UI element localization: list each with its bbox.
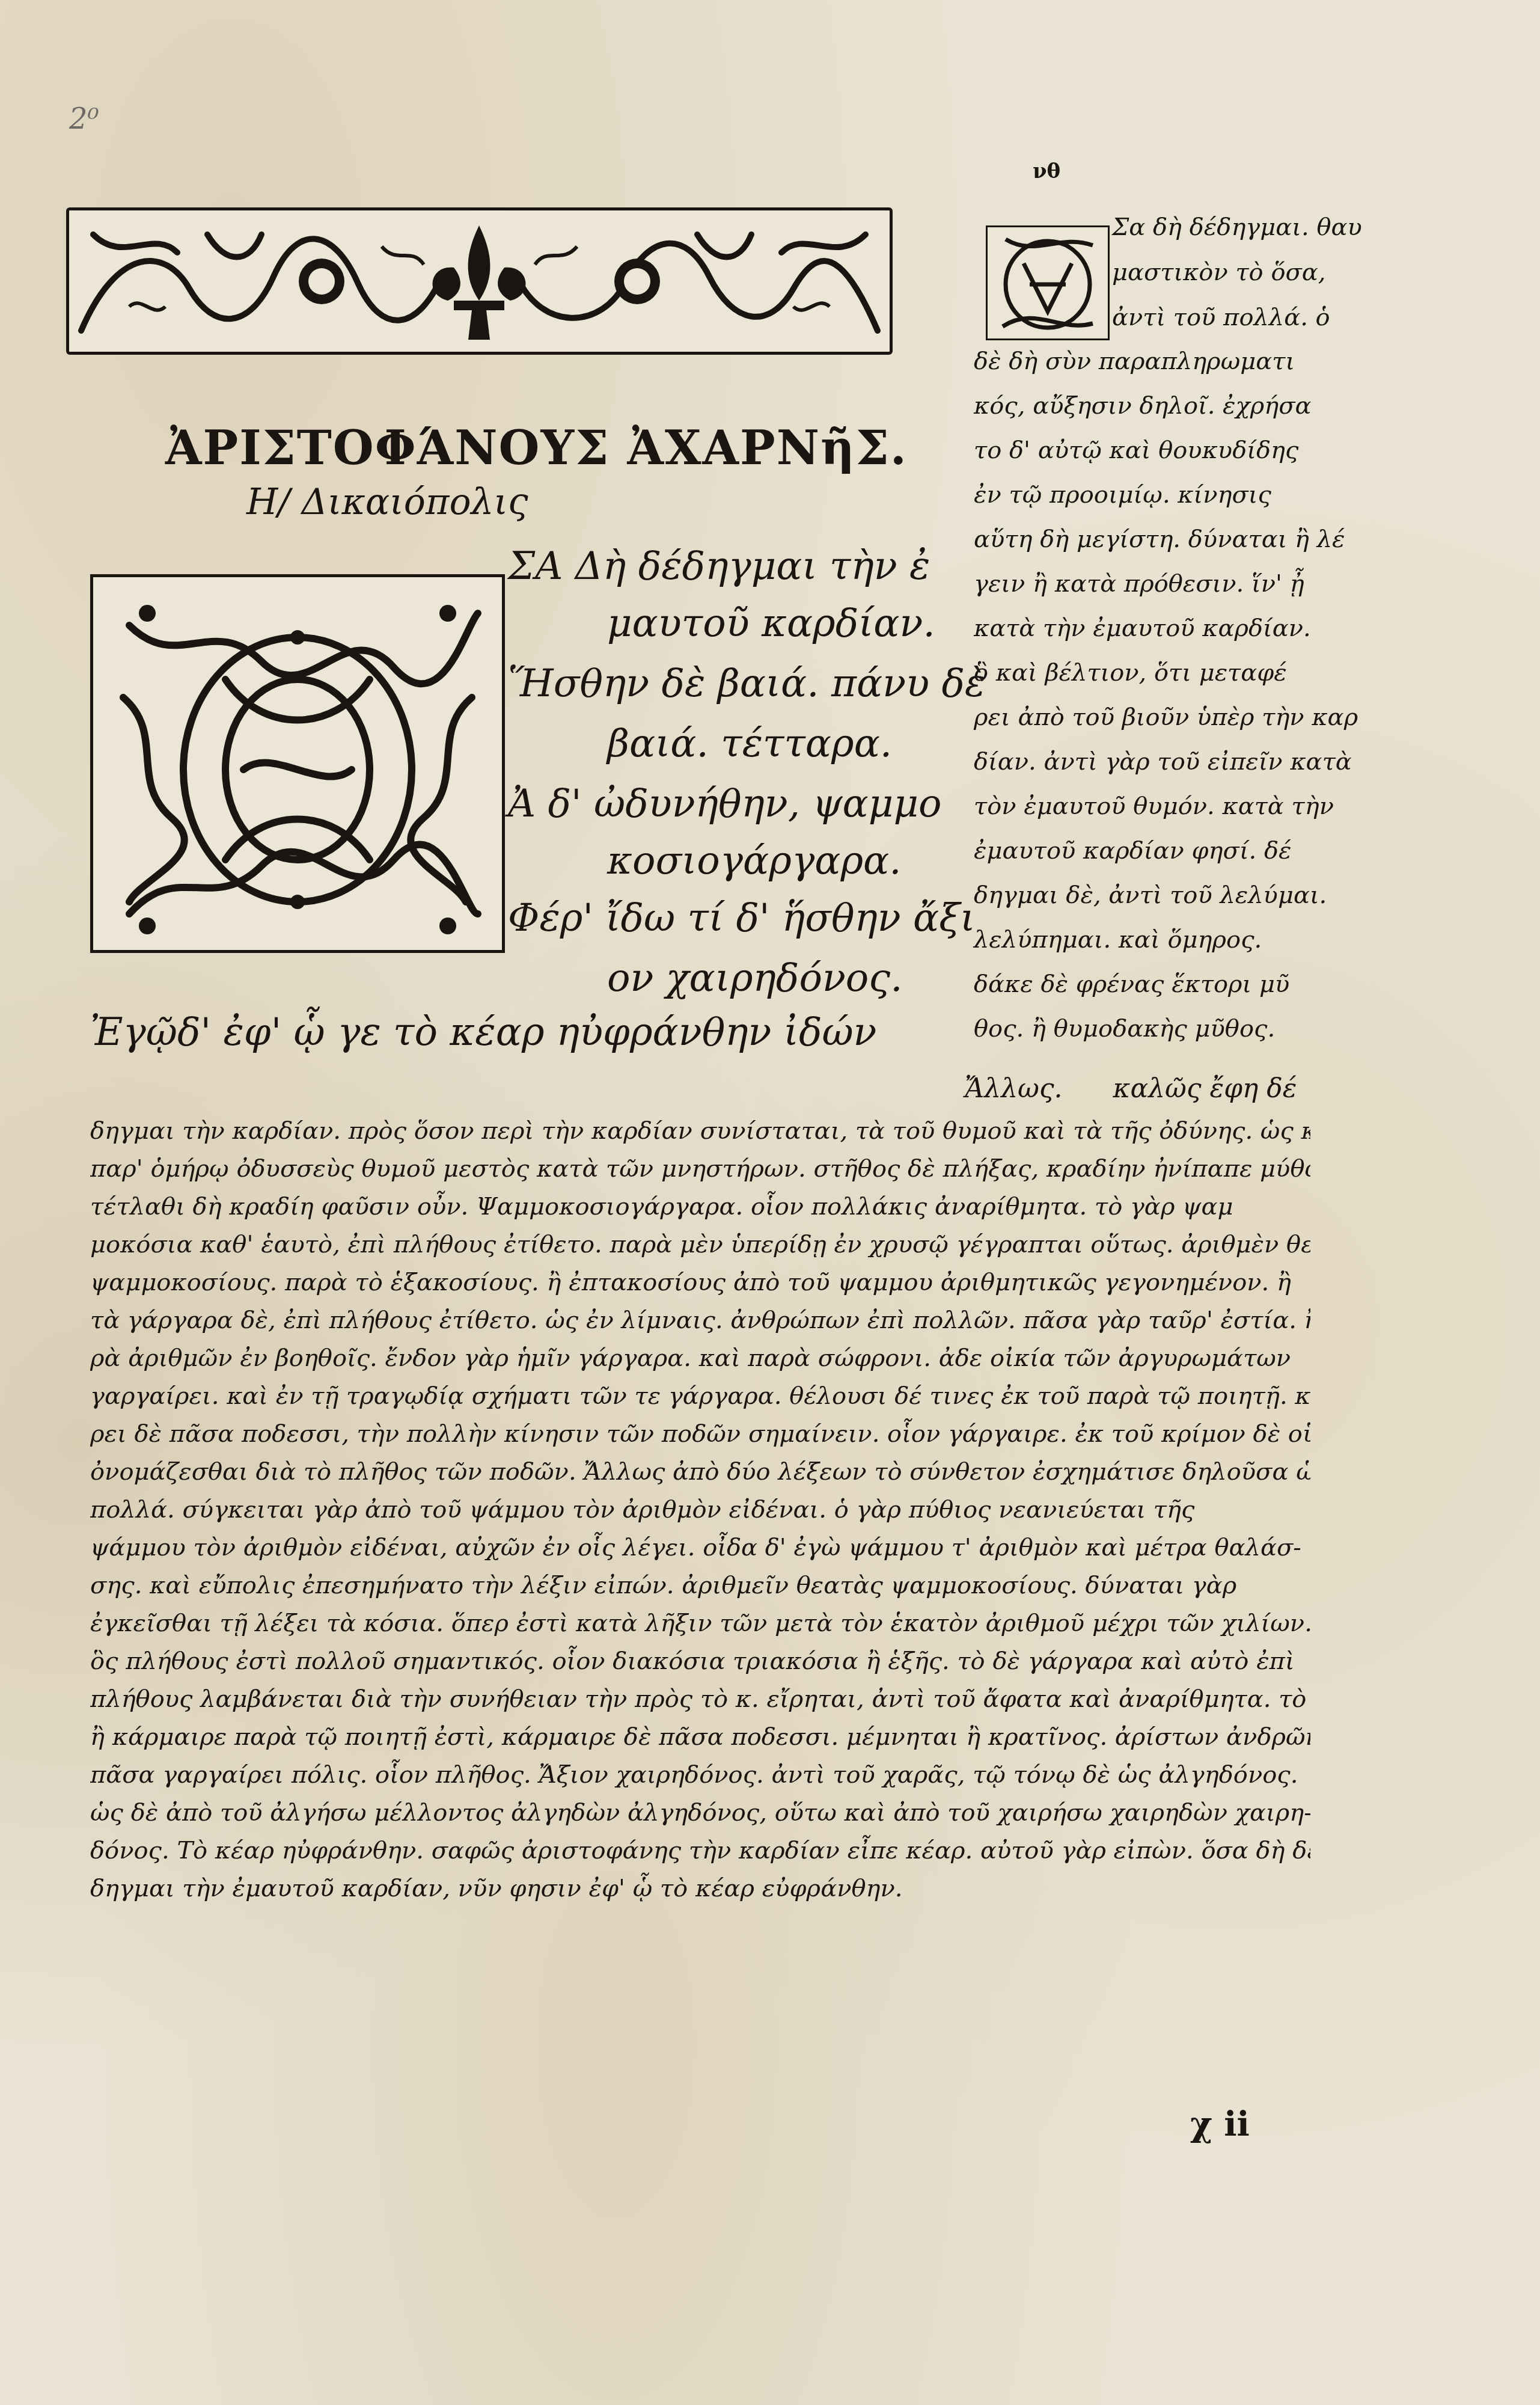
scholia-line: θος. ἢ θυμοδακὴς μῦθος. <box>974 1015 1275 1043</box>
commentary-line: γαργαίρει. καὶ ἐν τῇ τραγῳδίᾳ σχήματι τῶ… <box>90 1377 1310 1415</box>
verse-line: ον χαιρηδόνος. <box>607 956 903 1000</box>
commentary-line: δηγμαι τὴν καρδίαν. πρὸς ὅσον περὶ τὴν κ… <box>90 1112 1310 1150</box>
scholia-line: αὕτη δὴ μεγίστη. δύναται ἢ λέ <box>974 525 1345 553</box>
scholia-line: κατὰ τὴν ἐμαυτοῦ καρδίαν. <box>974 614 1311 642</box>
interlace-initial-o-small-icon <box>988 227 1108 339</box>
scholia-line: ἐμαυτοῦ καρδίαν φησί. δέ <box>974 837 1292 865</box>
scholia-decorated-initial <box>986 225 1110 340</box>
scholia-line: γειν ἢ κατὰ πρόθεσιν. ἵν' ᾖ <box>974 570 1304 598</box>
commentary-line: ψαμμοκοσίους. παρὰ τὸ ἑξακοσίους. ἢ ἐπτα… <box>90 1264 1310 1302</box>
scholia-line: ἀντὶ τοῦ πολλά. ὁ <box>1112 304 1330 331</box>
commentary-line: πᾶσα γαργαίρει πόλις. οἷον πλῆθος. Ἄξιον… <box>90 1756 1310 1794</box>
commentary-line: μοκόσια καθ' ἑαυτὸ, ἐπὶ πλήθους ἐτίθετο.… <box>90 1226 1310 1264</box>
scholia-line: ἐν τῷ προοιμίῳ. κίνησις <box>974 481 1271 509</box>
scholia-line: λελύπημαι. καὶ ὅμηρος. <box>974 926 1262 954</box>
commentary-line: τὰ γάργαρα δὲ, ἐπὶ πλήθους ἐτίθετο. ὡς ἐ… <box>90 1302 1310 1340</box>
commentary-line: σης. καὶ εὔπολις ἐπεσημήνατο τὴν λέξιν ε… <box>90 1567 1310 1605</box>
scholia-line: δίαν. ἀντὶ γὰρ τοῦ εἰπεῖν κατὰ <box>974 748 1352 776</box>
commentary-line: δηγμαι τὴν ἐμαυτοῦ καρδίαν, νῦν φησιν ἐφ… <box>90 1870 1310 1908</box>
scholia-line: δὲ δὴ σὺν παραπληρωματι <box>974 348 1295 375</box>
commentary-line: ρὰ ἀριθμῶν ἐν βοηθοῖς. ἔνδον γὰρ ἡμῖν γά… <box>90 1340 1310 1377</box>
verse-line: Φέρ' ἴδω τί δ' ἥσθην ἄξι <box>508 896 976 940</box>
floral-vine-ornament-icon <box>69 210 890 352</box>
commentary-line: τέτλαθι δὴ κραδίη φαῦσιν οὖν. Ψαμμοκοσιο… <box>90 1188 1310 1226</box>
commentary-line: δόνος. Τὸ κέαρ ηὐφράνθην. σαφῶς ἀριστοφά… <box>90 1832 1310 1870</box>
commentary-line: πολλά. σύγκειται γὰρ ἀπὸ τοῦ ψάμμου τὸν … <box>90 1491 1310 1529</box>
scholia-line: δηγμαι δὲ, ἀντὶ τοῦ λελύμαι. <box>974 881 1327 909</box>
verse-line: ΣΑ Δὴ δέδηγμαι τὴν ἐ <box>508 544 930 589</box>
verse-line: μαυτοῦ καρδίαν. <box>607 601 935 646</box>
alloos-tail: καλῶς ἔφη δέ <box>1113 1073 1297 1104</box>
scholia-line: ὃ καὶ βέλτιον, ὅτι μεταφέ <box>974 659 1287 687</box>
commentary-line: ἐγκεῖσθαι τῇ λέξει τὰ κόσια. ὅπερ ἐστὶ κ… <box>90 1605 1310 1643</box>
quire-signature-mark: χ ii <box>1190 2104 1250 2144</box>
commentary-line: ἢ κάρμαιρε παρὰ τῷ ποιητῇ ἐστὶ, κάρμαιρε… <box>90 1718 1310 1756</box>
scholia-line: δάκε δὲ φρένας ἕκτορι μῦ <box>974 970 1289 998</box>
commentary-line: παρ' ὁμήρῳ ὀδυσσεὺς θυμοῦ μεστὸς κατὰ τῶ… <box>90 1150 1310 1188</box>
commentary-line: ὃς πλήθους ἐστὶ πολλοῦ σημαντικός. οἷον … <box>90 1643 1310 1680</box>
commentary-line: πλήθους λαμβάνεται διὰ τὴν συνήθειαν τὴν… <box>90 1680 1310 1718</box>
verse-line: κοσιογάργαρα. <box>607 839 902 883</box>
interlace-initial-o-icon <box>93 577 502 950</box>
signature-mark-top: νθ <box>1033 159 1060 183</box>
scholia-line: Σα δὴ δέδηγμαι. θαυ <box>1112 213 1362 241</box>
commentary-line: ρει δὲ πᾶσα ποδεσσι, τὴν πολλὴν κίνησιν … <box>90 1415 1310 1453</box>
scholia-line: ρει ἀπὸ τοῦ βιοῦν ὑπὲρ τὴν καρ <box>974 703 1358 731</box>
verse-line: Ἀ δ' ὠδυνήθην, ψαμμο <box>508 782 942 826</box>
verse-line-full-width: Ἐγῷδ' ἐφ' ᾧ γε τὸ κέαρ ηὐφράνθην ἰδών <box>90 1010 877 1055</box>
play-title: ἈΡΙΣΤΟΦΆΝΟΥΣ ἈΧΑΡΝῆΣ. <box>165 421 908 476</box>
commentary-block: δηγμαι τὴν καρδίαν. πρὸς ὅσον περὶ τὴν κ… <box>90 1112 1310 1908</box>
commentary-line: ὡς δὲ ἀπὸ τοῦ ἀλγήσω μέλλοντος ἀλγηδὼν ἀ… <box>90 1794 1310 1832</box>
woodcut-headpiece-ornament <box>66 207 893 355</box>
speaker-name: Η/ Δικαιόπολις <box>246 481 528 523</box>
manuscript-folio-note: 2⁰ <box>69 102 99 136</box>
scholia-line: τὸν ἐμαυτοῦ θυμόν. κατὰ τὴν <box>974 792 1334 820</box>
decorated-initial-letter <box>90 574 505 953</box>
alloos-label: Ἄλλως. <box>965 1073 1063 1104</box>
scholia-line: μαστικὸν τὸ ὅσα, <box>1112 259 1326 286</box>
commentary-line: ὀνομάζεσθαι διὰ τὸ πλῆθος τῶν ποδῶν. Ἄλλ… <box>90 1453 1310 1491</box>
commentary-line: ψάμμου τὸν ἀριθμὸν εἰδέναι, αὐχῶν ἐν οἷς… <box>90 1529 1310 1567</box>
verse-line: βαιά. τέτταρα. <box>607 721 892 766</box>
verse-line: Ἥσθην δὲ βαιά. πάνυ δὲ <box>508 661 985 706</box>
commentary-heading-alloos: Ἄλλως. καλῶς ἔφη δέ <box>965 1073 1297 1104</box>
scholia-line: το δ' αὐτῷ καὶ θουκυδίδης <box>974 437 1298 464</box>
scholia-line: κός, αὔξησιν δηλοῖ. ἐχρήσα <box>974 392 1312 420</box>
